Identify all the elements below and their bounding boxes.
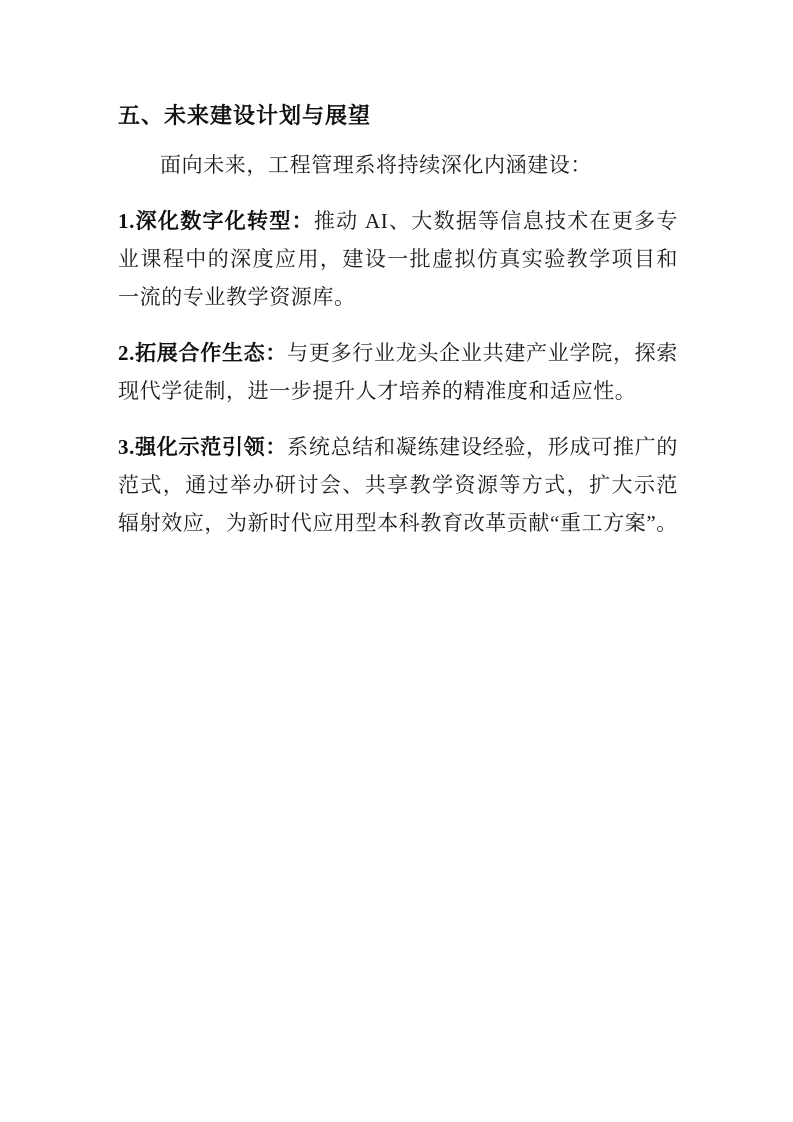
document-page: 五、未来建设计划与展望 面向未来，工程管理系将持续深化内涵建设： 1.深化数字化… [0, 0, 793, 1122]
intro-paragraph: 面向未来，工程管理系将持续深化内涵建设： [118, 146, 678, 184]
list-item-2: 2.拓展合作生态：与更多行业龙头企业共建产业学院，探索现代学徒制，进一步提升人才… [118, 334, 678, 410]
list-item-3-label: 3.强化示范引领： [118, 435, 287, 459]
list-item-2-label: 2.拓展合作生态： [118, 341, 287, 365]
list-item-1-label: 1.深化数字化转型： [118, 209, 314, 233]
list-item-3: 3.强化示范引领：系统总结和凝练建设经验，形成可推广的范式，通过举办研讨会、共享… [118, 428, 678, 542]
list-item-1: 1.深化数字化转型：推动 AI、大数据等信息技术在更多专业课程中的深度应用，建设… [118, 202, 678, 316]
section-heading: 五、未来建设计划与展望 [118, 97, 678, 135]
